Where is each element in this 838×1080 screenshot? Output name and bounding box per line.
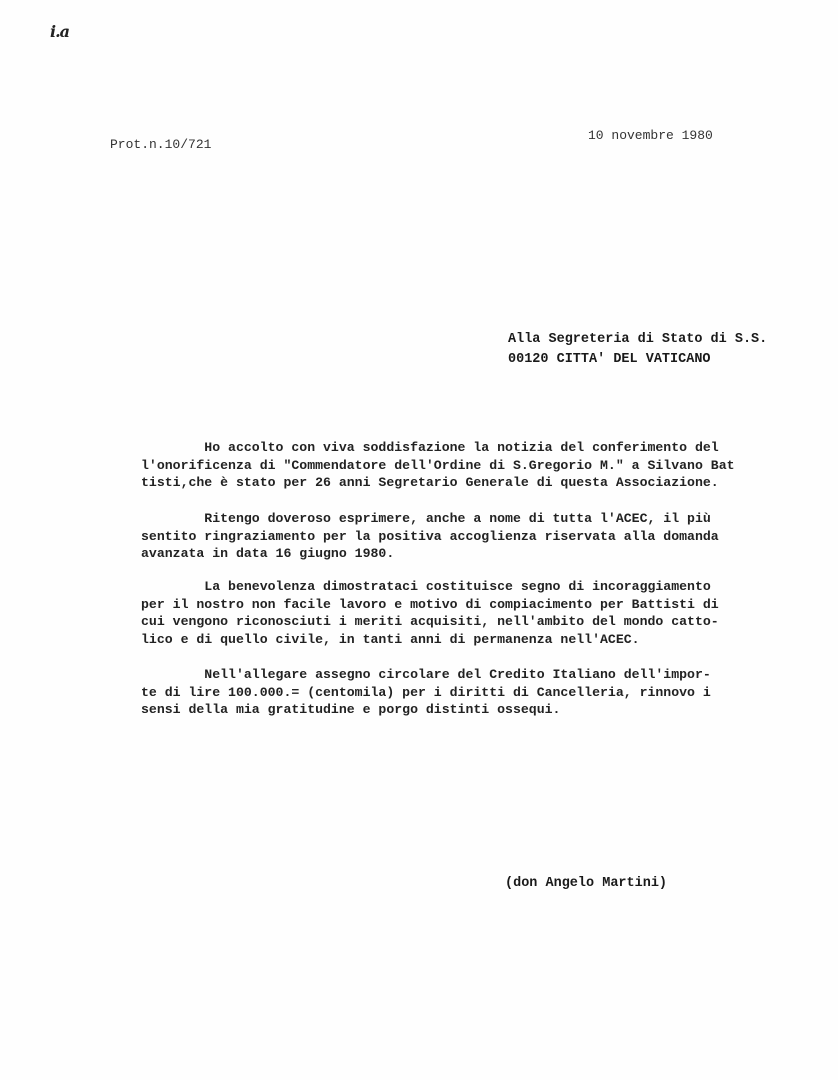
paragraph-line: sensi della mia gratitudine e porgo dist… — [141, 701, 781, 719]
paragraph-line: l'onorificenza di "Commendatore dell'Ord… — [141, 457, 781, 475]
paragraph-line: sentito ringraziamento per la positiva a… — [141, 528, 781, 546]
signature: (don Angelo Martini) — [505, 876, 667, 891]
body-paragraph-2: Ritengo doveroso esprimere, anche a nome… — [141, 510, 781, 563]
letter-date: 10 novembre 1980 — [588, 128, 713, 143]
handwritten-corner-mark: i.a — [50, 22, 69, 41]
letter-page: i.a Prot.n.10/721 10 novembre 1980 Alla … — [0, 0, 838, 1080]
body-paragraph-4: Nell'allegare assegno circolare del Cred… — [141, 666, 781, 719]
body-paragraph-1: Ho accolto con viva soddisfazione la not… — [141, 439, 781, 492]
paragraph-line: lico e di quello civile, in tanti anni d… — [141, 631, 781, 649]
paragraph-line: Ho accolto con viva soddisfazione la not… — [141, 439, 781, 457]
paragraph-line: per il nostro non facile lavoro e motivo… — [141, 596, 781, 614]
protocol-number: Prot.n.10/721 — [110, 137, 211, 152]
recipient-line-1: Alla Segreteria di Stato di S.S. — [508, 332, 767, 347]
recipient-line-2: 00120 CITTA' DEL VATICANO — [508, 352, 711, 367]
paragraph-line: Ritengo doveroso esprimere, anche a nome… — [141, 510, 781, 528]
paragraph-line: tisti,che è stato per 26 anni Segretario… — [141, 474, 781, 492]
paragraph-line: La benevolenza dimostrataci costituisce … — [141, 578, 781, 596]
paragraph-line: avanzata in data 16 giugno 1980. — [141, 545, 781, 563]
paragraph-line: te di lire 100.000.= (centomila) per i d… — [141, 684, 781, 702]
paragraph-line: cui vengono riconosciuti i meriti acquis… — [141, 613, 781, 631]
paragraph-line: Nell'allegare assegno circolare del Cred… — [141, 666, 781, 684]
body-paragraph-3: La benevolenza dimostrataci costituisce … — [141, 578, 781, 648]
